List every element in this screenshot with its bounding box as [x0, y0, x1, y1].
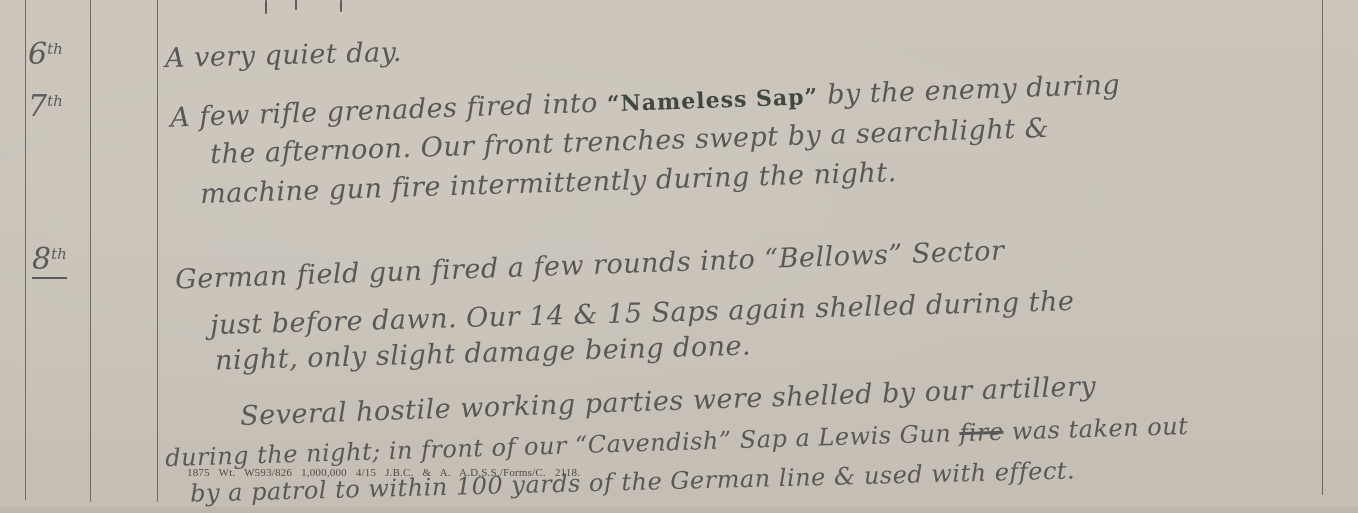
entry-text: A few rifle grenades fired into: [170, 87, 608, 133]
entry-text: was taken out: [1003, 412, 1189, 446]
date-6th: 6th: [28, 40, 63, 70]
entry-text: by the enemy during: [818, 69, 1121, 111]
entry-line-5: German field gun fired a few rounds into…: [175, 238, 1005, 294]
date-day: 7: [28, 89, 47, 124]
top-stroke: [265, 0, 267, 14]
date-column-rule: [90, 0, 91, 502]
place-name: “Nameless Sap”: [607, 84, 819, 117]
diary-page: 6th 7th 8th A very quiet day. A few rifl…: [0, 0, 1358, 513]
margin-rule-1: [25, 0, 26, 500]
right-margin-rule: [1322, 0, 1323, 495]
text-column-rule: [157, 0, 158, 502]
entry-line-6: just before dawn. Our 14 & 15 Saps again…: [210, 288, 1075, 339]
struck-word: fire: [959, 418, 1004, 447]
top-stroke: [295, 0, 297, 10]
date-suffix: th: [47, 92, 63, 110]
date-7th: 7th: [28, 92, 63, 122]
printed-form-code: 1875 Wt. W593/826 1,000,000 4/15 J.B.C. …: [187, 467, 580, 479]
top-stroke: [340, 0, 342, 12]
entry-line-1: A very quiet day.: [165, 39, 403, 72]
date-suffix: th: [51, 245, 67, 263]
date-8th: 8th: [32, 245, 67, 279]
date-day: 6: [28, 37, 47, 72]
date-suffix: th: [47, 40, 63, 58]
entry-line-7: night, only slight damage being done.: [215, 333, 752, 375]
page-bottom-edge: [0, 507, 1358, 513]
date-day: 8: [32, 242, 51, 277]
